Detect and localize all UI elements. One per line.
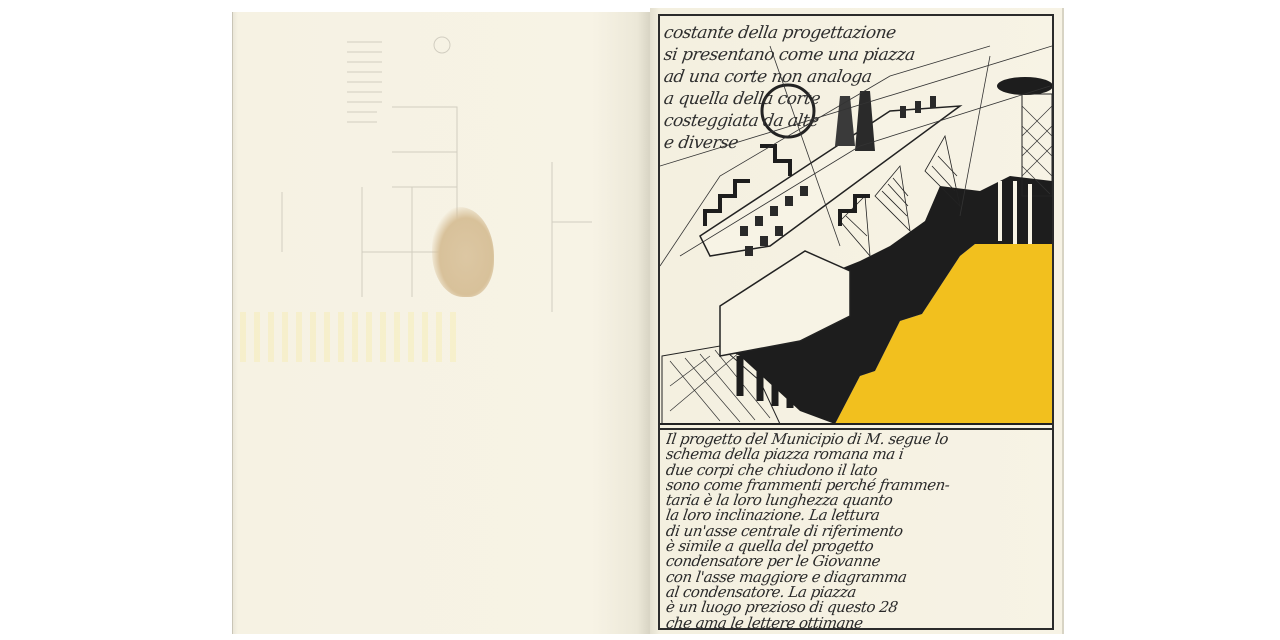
- yellow-smudge: [240, 312, 460, 362]
- sketch-frame: costante della progettazione si presenta…: [658, 14, 1054, 630]
- drawing-annotation: costante della progettazione si presenta…: [664, 22, 894, 154]
- annotation-line: si presentano come una piazza: [662, 44, 895, 66]
- text-line: che ama le lettere ottimane: [666, 616, 1048, 631]
- open-sketchbook: costante della progettazione si presenta…: [232, 12, 1064, 634]
- annotation-line: a quella della corte: [662, 88, 895, 110]
- handwritten-notes: Il progetto del Municipio di M. segue lo…: [660, 428, 1052, 630]
- annotation-line: costante della progettazione: [662, 22, 895, 44]
- right-page: costante della progettazione si presenta…: [650, 8, 1064, 634]
- annotation-line: costeggiata da alte: [662, 110, 895, 132]
- left-page: [232, 12, 650, 634]
- handwritten-text: Il progetto del Municipio di M. segue lo…: [666, 432, 1048, 631]
- annotation-line: ad una corte non analoga: [662, 66, 895, 88]
- annotation-line: e diverse: [662, 132, 895, 154]
